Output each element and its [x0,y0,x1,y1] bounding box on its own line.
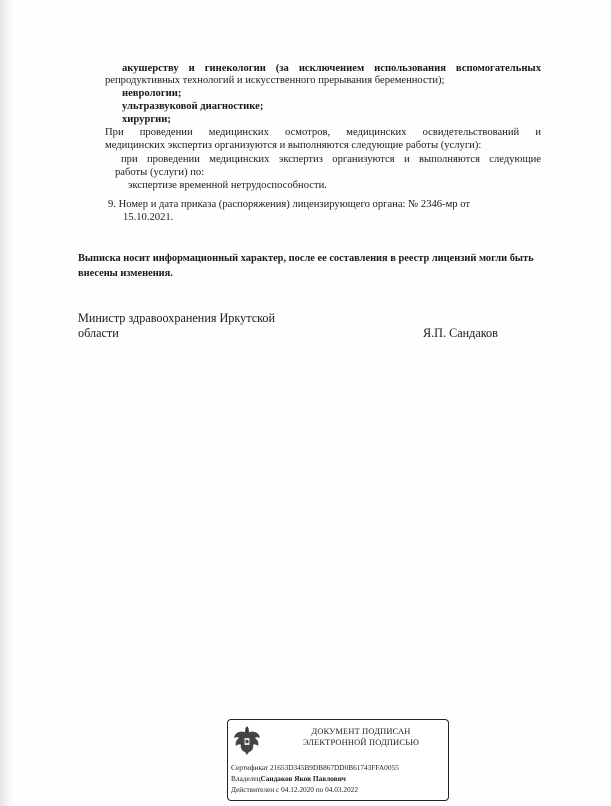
item-temporary-disability: экспертизе временной нетрудоспособности. [128,179,327,192]
stamp-heading-2: ЭЛЕКТРОННОЙ ПОДПИСЬЮ [276,737,446,748]
order-line-1: 9. Номер и дата приказа (распоряжения) л… [108,198,470,211]
exams-line-1: При проведении медицинских осмотров, мед… [105,126,541,139]
expertise-line-2: работы (услуги) по: [115,166,204,179]
item-obstetrics-cont: репродуктивных технологий и искусственно… [105,74,444,87]
stamp-validity: Действителен с 04.12.2020 по 04.03.2022 [231,785,358,795]
item-neurology: неврологии; [122,87,181,100]
item-ultrasound: ультразвуковой диагностике; [122,100,263,113]
certificate-number: 21653D345B9DB867DD0B61743FFA0055 [270,763,399,772]
exams-line-2: медицинских экспертиз организуются и вып… [105,139,481,152]
coat-of-arms-icon [232,724,262,758]
electronic-signature-stamp: ДОКУМЕНТ ПОДПИСАН ЭЛЕКТРОННОЙ ПОДПИСЬЮ С… [227,719,449,801]
stamp-certificate: Сертификат 21653D345B9DB867DD0B61743FFA0… [231,763,399,773]
signer-name: Я.П. Сандаков [423,326,498,341]
owner-label: Владелец [231,774,260,783]
notice-line-2: внесены изменения. [78,267,173,280]
certificate-label: Сертификат [231,763,268,772]
notice-line-1: Выписка носит информационный характер, п… [78,252,534,265]
scan-edge [0,0,14,806]
stamp-owner: ВладелецСандаков Яков Павлович [231,774,346,784]
item-surgery: хирургии; [122,113,171,126]
stamp-heading-1: ДОКУМЕНТ ПОДПИСАН [276,726,446,737]
order-date: 15.10.2021. [123,211,173,224]
signer-title-line-1: Министр здравоохранения Иркутской [78,311,275,326]
expertise-line-1: при проведении медицинских экспертиз орг… [121,153,541,166]
signer-title-line-2: области [78,326,119,341]
owner-name: Сандаков Яков Павлович [260,774,345,783]
